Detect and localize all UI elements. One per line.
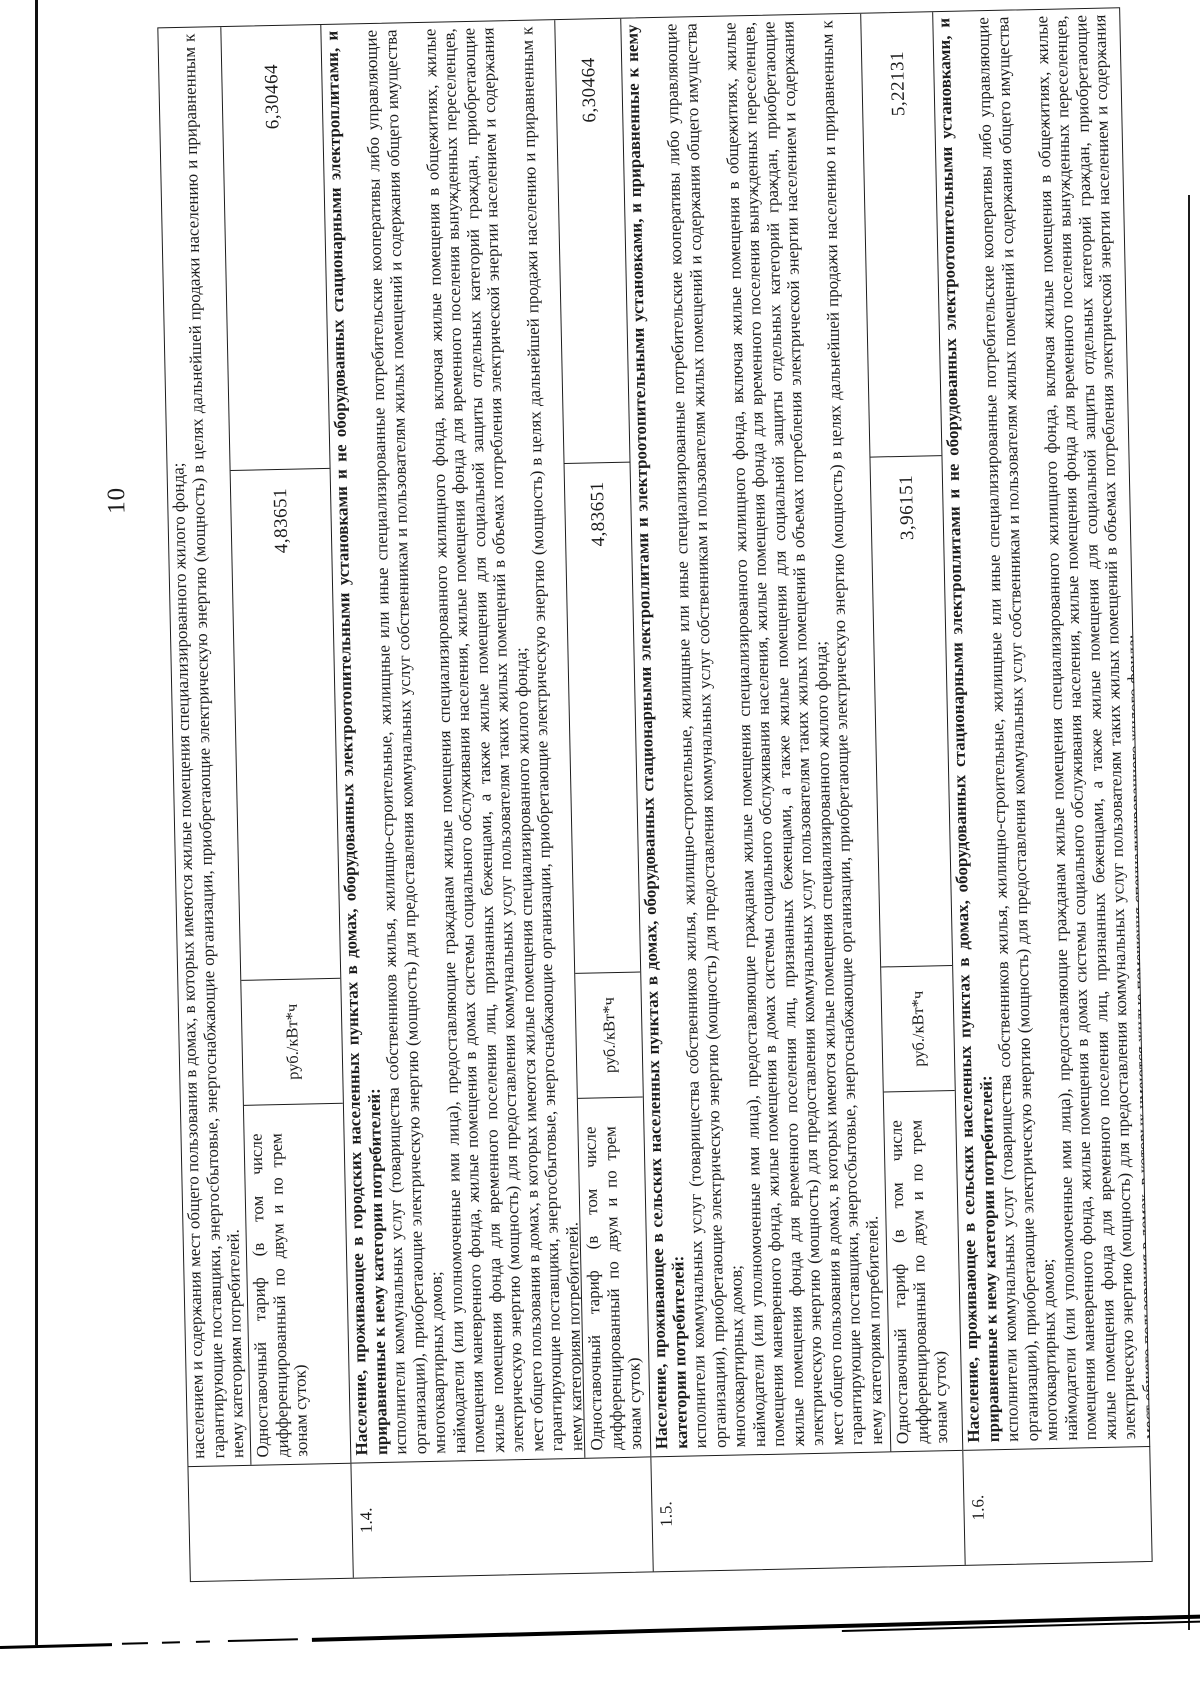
- tariff-value-first: 3,96151: [870, 455, 952, 966]
- tariff-value-second: 6,30464: [555, 19, 629, 463]
- tariff-table: населением и содержания мест общего поль…: [157, 7, 1152, 1582]
- row-content: Население, проживающее в сельских населе…: [621, 12, 962, 1456]
- row-content: Население, проживающее в сельских населе…: [933, 8, 1150, 1450]
- row-number: [188, 1463, 352, 1581]
- tariff-unit: руб./кВт*ч: [881, 965, 955, 1091]
- row-number: 1.6.: [963, 1446, 1152, 1565]
- page-number: 10: [103, 475, 132, 526]
- tariff-value-first: 4,83651: [231, 468, 341, 980]
- table-row: 1.4.Население, проживающее в городских н…: [321, 19, 653, 1578]
- tariff-value-first: 4,83651: [565, 462, 641, 973]
- tariff-label: Одноставочный тариф (в том числе диффере…: [578, 1096, 651, 1457]
- tariff-value-second: 5,22131: [861, 12, 941, 456]
- table-row: населением и содержания мест общего поль…: [158, 25, 353, 1581]
- category-text: Население, проживающее в сельских населе…: [621, 14, 890, 1457]
- tariff-unit: руб./кВт*ч: [241, 978, 343, 1105]
- tariff-unit: руб./кВт*ч: [575, 972, 643, 1098]
- tariff-label: Одноставочный тариф (в том числе диффере…: [244, 1103, 351, 1465]
- tariff-label: Одноставочный тариф (в том числе диффере…: [884, 1090, 963, 1451]
- category-text: Население, проживающее в городских насел…: [321, 20, 584, 1463]
- row-content: Население, проживающее в городских насел…: [321, 19, 650, 1463]
- row-number: 1.5.: [651, 1450, 964, 1571]
- scanned-page: 10 населением и содержания мест общего п…: [17, 0, 1200, 1685]
- row-content: населением и содержания мест общего поль…: [158, 25, 350, 1466]
- category-text: Население, проживающее в сельских населе…: [933, 8, 1150, 1450]
- table-row: 1.6.Население, проживающее в сельских на…: [933, 8, 1152, 1565]
- table-row: 1.5.Население, проживающее в сельских на…: [621, 12, 965, 1571]
- row-number: 1.4.: [351, 1456, 652, 1577]
- tariff-value-second: 6,30464: [221, 25, 329, 470]
